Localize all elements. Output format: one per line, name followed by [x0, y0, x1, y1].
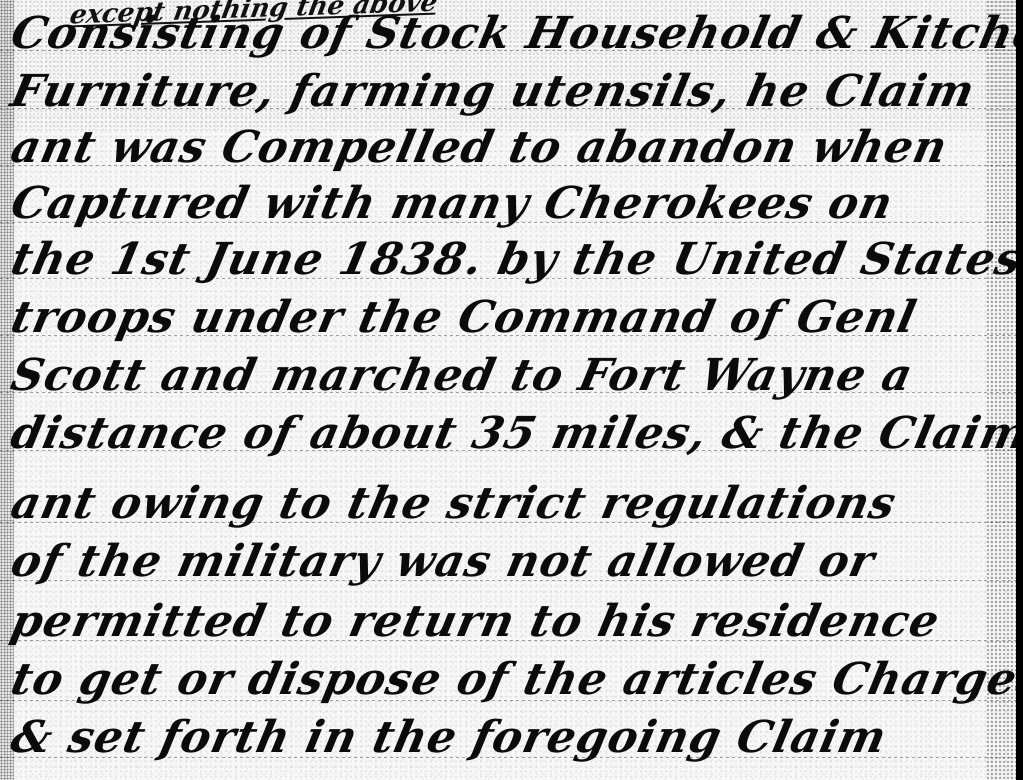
manuscript-line-13: & set forth in the foregoing Claim — [7, 712, 892, 763]
scan-border — [1016, 0, 1023, 780]
manuscript-line-9: ant owing to the strict regulations — [7, 478, 901, 529]
manuscript-line-4: Captured with many Cherokees on — [7, 178, 898, 229]
manuscript-line-12: to get or dispose of the articles Charge… — [7, 654, 1016, 705]
manuscript-text: except nothing the above Consisting of S… — [0, 0, 1016, 780]
manuscript-line-7: Scott and marched to Fort Wayne a — [7, 350, 918, 401]
manuscript-line-6: troops under the Command of Genl — [7, 292, 922, 343]
manuscript-line-1: Consisting of Stock Household & Kitchen — [7, 8, 1016, 59]
manuscript-line-2: Furniture, farming utensils, he Claim — [7, 66, 980, 117]
manuscript-line-8: distance of about 35 miles, & the Claim — [7, 408, 1016, 459]
document-page: except nothing the above Consisting of S… — [0, 0, 1016, 780]
manuscript-line-3: ant was Compelled to abandon when — [7, 122, 953, 173]
manuscript-line-11: permitted to return to his residence — [7, 596, 945, 647]
manuscript-line-5: the 1st June 1838. by the United States — [7, 234, 1016, 285]
manuscript-line-10: of the military was not allowed or — [7, 536, 880, 587]
